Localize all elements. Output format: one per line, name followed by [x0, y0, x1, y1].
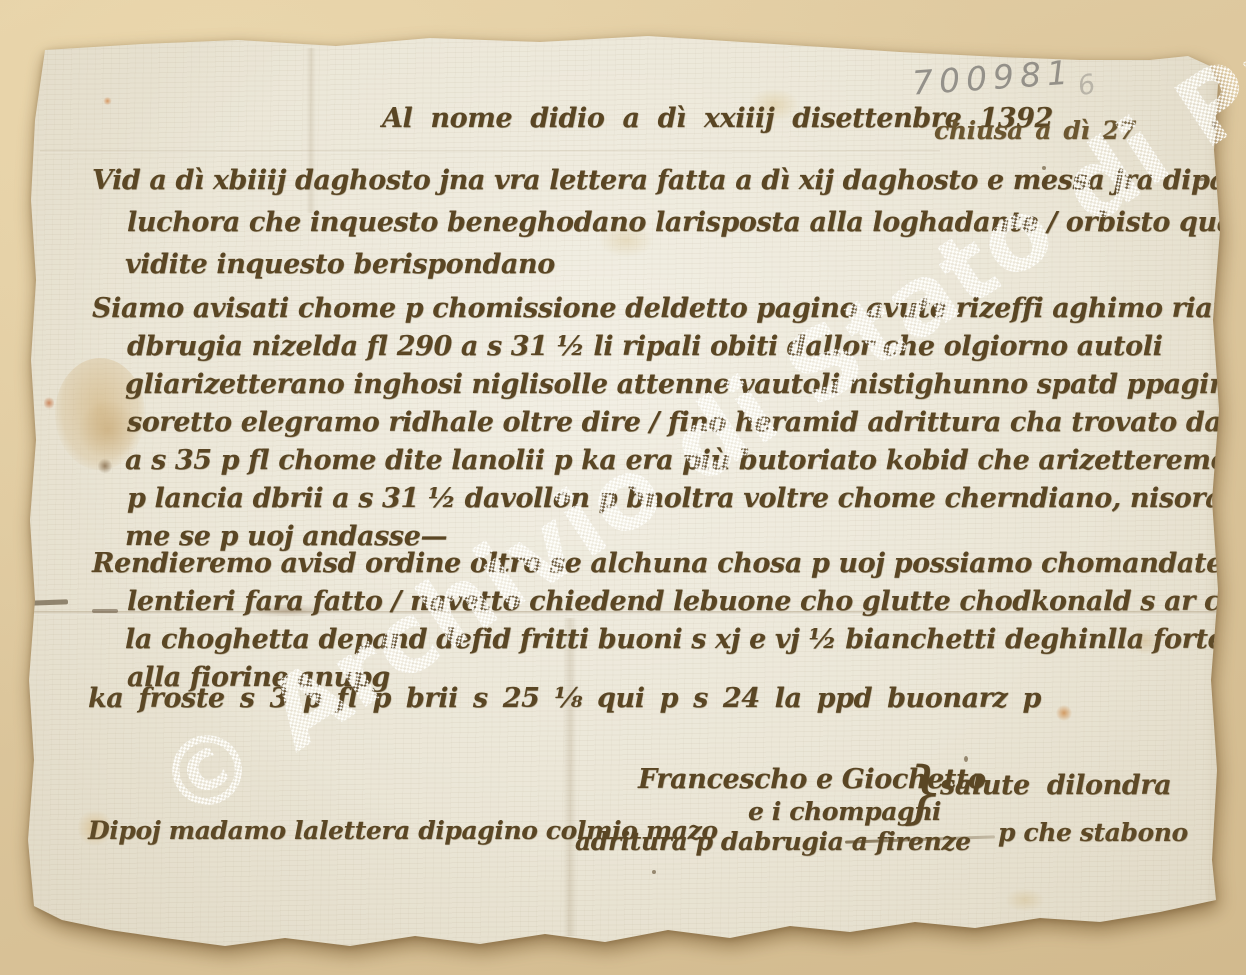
- manuscript-line: Siamo avisati chome p chomissione deldet…: [92, 290, 1246, 328]
- postscript-middle: adritura p dabrugia a firenze: [575, 827, 971, 856]
- red-fleck: [44, 396, 54, 410]
- manuscript-line: vidite inquesto berispondano: [92, 244, 1246, 286]
- ink-speck: [1212, 120, 1216, 129]
- price-line: ka froste s 3 p fl p brii s 25 ⅛ qui p s…: [88, 683, 1041, 714]
- postscript-right: p che stabono: [998, 818, 1188, 847]
- manuscript-line: p lancia dbrii a s 31 ½ davollon p bnolt…: [94, 480, 1246, 518]
- closed-note: chiusa a dì 27: [934, 116, 1136, 145]
- paper-shadow-wrap: 700981 6 Al nome didio a dì xxiiij diset…: [0, 0, 1246, 975]
- manuscript-line: Rendieremo avisd ordine oltro se alchuna…: [92, 545, 1246, 583]
- ink-speck: [964, 756, 968, 762]
- manuscript-line: Vid a dì xbiiij daghosto jna vra lettera…: [92, 160, 1246, 202]
- orange-dot: [1056, 705, 1072, 721]
- red-fleck: [103, 97, 112, 105]
- signature-place: salute dilondra: [940, 770, 1171, 801]
- paragraph-3: Rendieremo avisd ordine oltro se alchuna…: [92, 545, 1246, 697]
- stain: [1005, 888, 1045, 912]
- scanned-letter-page: 700981 6 Al nome didio a dì xxiiij diset…: [0, 0, 1246, 975]
- crease-dark-dash: [30, 599, 68, 605]
- manuscript-line: luchora che inquesto beneghodano larispo…: [94, 202, 1246, 244]
- manuscript-line: gliarizetterano inghosi niglisolle atten…: [92, 366, 1246, 404]
- manuscript-line: a s 35 p fl chome dite lanolii p ka era …: [92, 442, 1246, 480]
- archive-inventory-number: 700981: [911, 52, 1075, 102]
- manuscript-line: la choghetta depand defid fritti buoni s…: [92, 621, 1246, 659]
- paragraph-1: Vid a dì xbiiij daghosto jna vra lettera…: [92, 160, 1246, 286]
- manuscript-line: lentieri fara fatto / navetto chiedend l…: [94, 583, 1246, 621]
- ink-speck: [652, 870, 656, 874]
- paragraph-2: Siamo avisati chome p chomissione deldet…: [92, 290, 1246, 556]
- archive-inventory-suffix: 6: [1075, 69, 1098, 103]
- manuscript-paper: 700981 6 Al nome didio a dì xxiiij diset…: [0, 0, 1246, 975]
- manuscript-line: soretto elegramo ridhale oltre dire / fi…: [94, 404, 1246, 442]
- manuscript-line: dbrugia nizelda fl 290 a s 31 ½ li ripal…: [94, 328, 1246, 366]
- signature-brace: }: [903, 754, 943, 832]
- fold-crease-faint: [40, 150, 940, 153]
